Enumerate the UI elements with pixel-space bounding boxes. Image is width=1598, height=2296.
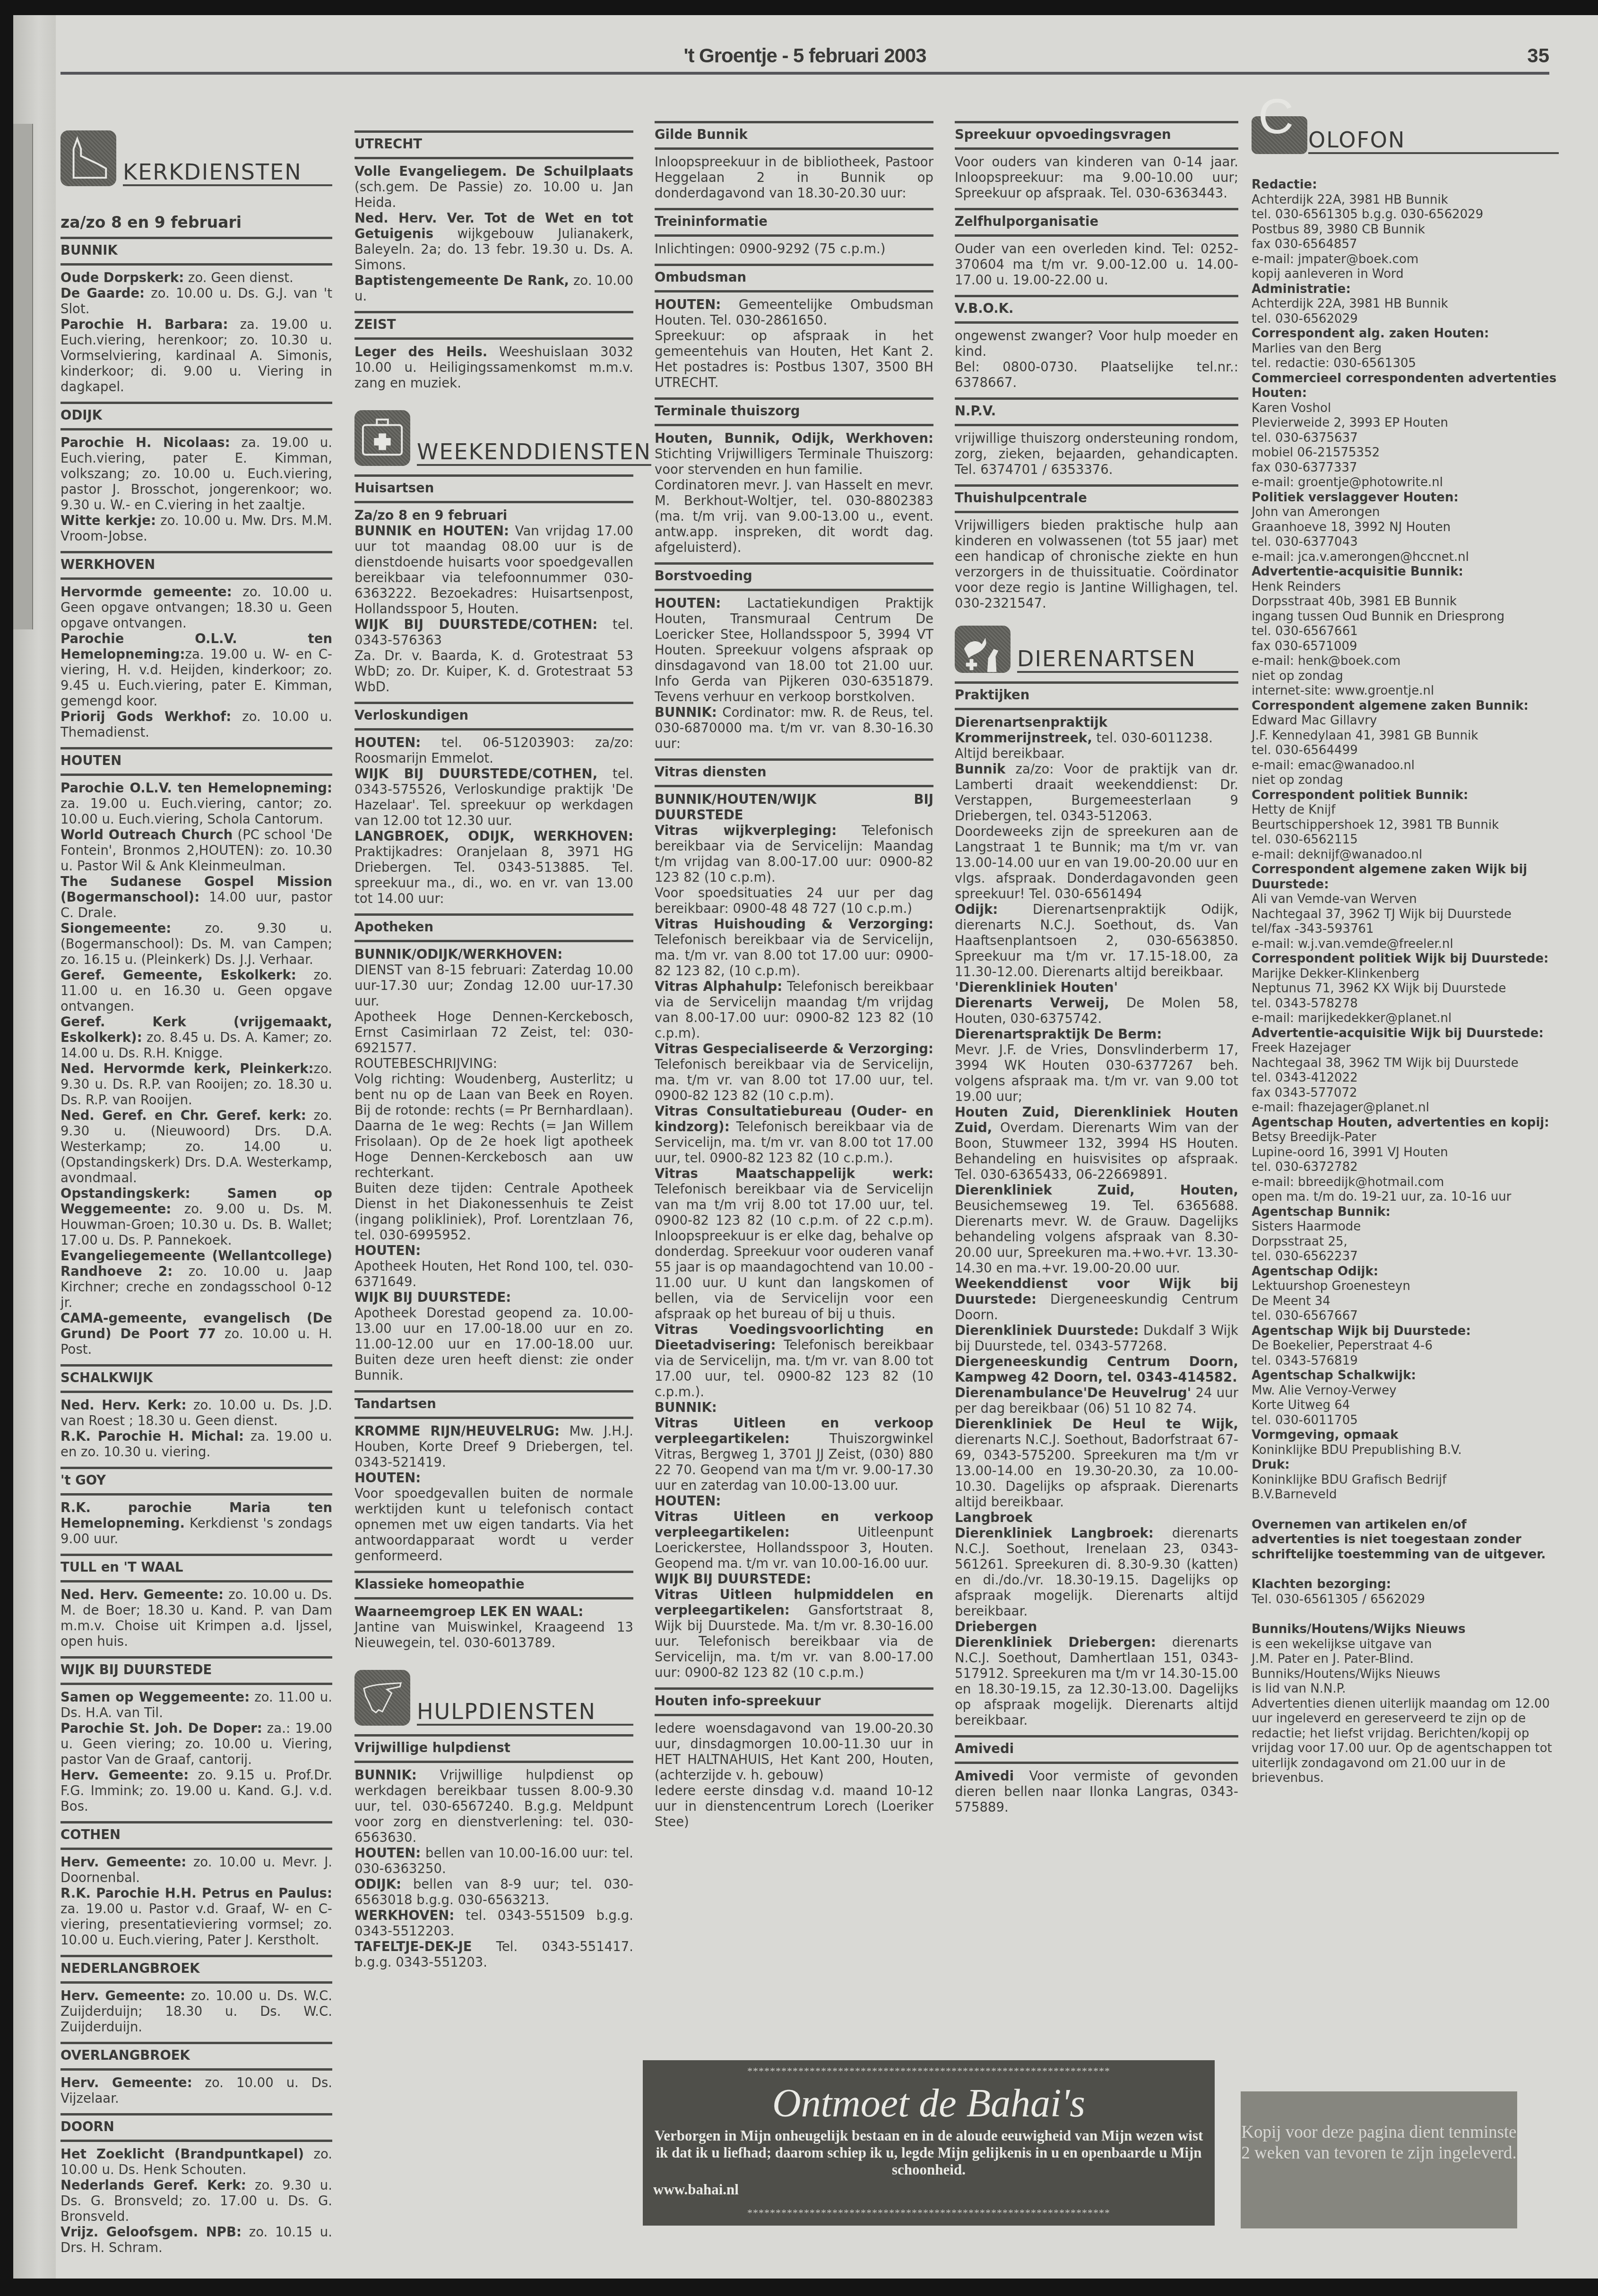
block-title: BUNNIK [60, 237, 332, 266]
list-entry: Parochie H. Nicolaas: za. 19.00 u. Euch.… [60, 435, 332, 513]
list-entry: Apotheek Hoge Dennen-Kerckebosch, Ernst … [354, 1009, 633, 1056]
entry-label: WERKHOVEN: [354, 1908, 454, 1923]
colofon-line: tel. 030-6372782 [1252, 1160, 1559, 1175]
block-title: NEDERLANGBROEK [60, 1955, 332, 1984]
ad-text: Verborgen in Mijn onheugelijk bestaan en… [643, 2127, 1215, 2178]
list-entry: Priorij Gods Werkhof: zo. 10.00 u. Thema… [60, 709, 332, 740]
section-header-weekenddiensten: WEEKENDDIENSTEN [354, 410, 633, 466]
entry-text: Voor ouders van kinderen van 0-14 jaar. … [955, 155, 1238, 201]
colofon-line: Lupine-oord 16, 3991 VJ Houten [1252, 1145, 1559, 1161]
list-entry: ODIJK: bellen van 8-9 uur; tel. 030-6563… [354, 1877, 633, 1908]
block-title: Vrijwillige hulpdienst [354, 1734, 633, 1763]
entry-text: Altijd bereikbaar. [955, 746, 1065, 761]
block-title: Huisartsen [354, 474, 633, 503]
entry-label: Vitras Gespecialiseerde & Verzorging: [655, 1041, 933, 1057]
entry-label: Parochie H. Barbara: [60, 317, 228, 332]
entry-label: Diergeneeskundig Centrum Doorn, Kampweg … [955, 1354, 1238, 1385]
colofon-line: Dorpsstraat 25, [1252, 1235, 1559, 1250]
entry-label: Herv. Gemeente: [60, 1768, 189, 1783]
colofon-line: e-mail: emac@wanadoo.nl [1252, 758, 1559, 774]
spacer [1252, 1503, 1559, 1518]
kopij-notice-text: Kopij voor deze pagina dient tenminste 2… [1241, 2123, 1517, 2163]
colofon-line: Advertenties dienen uiterlijk maandag om… [1252, 1697, 1559, 1786]
colofon-line: tel. 030-6561305 b.g.g. 030-6562029 [1252, 207, 1559, 223]
block-title: Klassieke homeopathie [354, 1571, 633, 1599]
entry-text: tel. 030-6011238. [1092, 731, 1213, 746]
colofon-line: tel. 030-6377043 [1252, 535, 1559, 550]
colofon-line: J.F. Kennedylaan 41, 3981 GB Bunnik [1252, 729, 1559, 744]
block-title: TULL en 'T WAAL [60, 1554, 332, 1582]
entry-text: Telefonisch bereikbaar via de Servicelij… [655, 1057, 933, 1103]
colofon-line: tel. 030-6562029 [1252, 312, 1559, 327]
cat-dog-cross-icon [955, 626, 1011, 673]
church-icon [60, 130, 116, 186]
entry-label: Dierenartspraktijk De Berm: [955, 1027, 1162, 1042]
block-title: ZEIST [354, 311, 633, 340]
list-entry: BUNNIK: [655, 1400, 933, 1416]
entry-label: Za/zo 8 en 9 februari [354, 508, 507, 523]
entry-text: Telefonisch bereikbaar via de Servicelij… [655, 932, 933, 979]
entry-label: Herv. Gemeente: [60, 1855, 186, 1870]
block-title: V.B.O.K. [955, 295, 1238, 324]
list-entry: Vrijwilligers bieden praktische hulp aan… [955, 518, 1238, 611]
entry-label: Ned. Herv. Kerk: [60, 1398, 186, 1413]
colofon-line: Betsy Breedijk-Pater [1252, 1130, 1559, 1145]
block-title: Thuishulpcentrale [955, 484, 1238, 513]
colofon-line: tel. redactie: 030-6561305 [1252, 356, 1559, 371]
colofon-line: tel. 030-6567667 [1252, 1309, 1559, 1324]
list-entry: Parochie St. Joh. De Doper: za.: 19.00 u… [60, 1721, 332, 1768]
colofon-line: De Boekelier, Peperstraat 4-6 [1252, 1339, 1559, 1354]
list-entry: Vitras Alphahulp: Telefonisch bereikbaar… [655, 979, 933, 1041]
list-entry: Dierenartsenpraktijk Krommerijnstreek, t… [955, 715, 1238, 746]
list-entry: Doordeweeks zijn de spreekuren aan de La… [955, 824, 1238, 902]
section-header-kerkdiensten: KERKDIENSTEN [60, 130, 332, 186]
entry-label: Nederlands Geref. Kerk: [60, 2178, 246, 2193]
colofon-line: e-mail: groentje@photowrite.nl [1252, 475, 1559, 490]
section-title: HULPDIENSTEN [417, 1699, 633, 1726]
entry-label: Volle Evangeliegem. De Schuilplaats [354, 164, 633, 179]
block-title: Houten info-spreekuur [655, 1687, 933, 1716]
ad-border-stars: ****************************************… [643, 2207, 1215, 2219]
section-title: DIERENARTSEN [1017, 646, 1238, 673]
section-header-colofon: C OLOFON [1252, 116, 1559, 154]
colofon-line: Koninklijke BDU Grafisch Bedrijf [1252, 1473, 1559, 1488]
entry-label: Priorij Gods Werkhof: [60, 709, 231, 724]
list-entry: Dierenkliniek Duurstede: Dukdalf 3 Wijk … [955, 1323, 1238, 1354]
block-title: COTHEN [60, 1821, 332, 1850]
list-entry: CAMA-gemeente, evangelisch (De Grund) De… [60, 1311, 332, 1358]
entry-text: Spreekuur: op afspraak in het gemeentehu… [655, 328, 933, 390]
entry-label: Hervormde gemeente: [60, 585, 232, 600]
entry-text: Ouder van een overleden kind. Tel: 0252-… [955, 241, 1238, 288]
block-title: Ombudsman [655, 264, 933, 292]
colofon-line: tel. 030-6375637 [1252, 431, 1559, 446]
church-list-part-1: BUNNIKOude Dorpskerk: zo. Geen dienst.De… [60, 237, 332, 2256]
list-entry: Houten Zuid, Dierenkliniek Houten Zuid, … [955, 1105, 1238, 1183]
page-number: 35 [1527, 44, 1549, 67]
entry-label: Dierenambulance'De Heuvelrug' [955, 1385, 1191, 1401]
colofon-line: Korte Uitweg 64 [1252, 1398, 1559, 1413]
list-entry: HOUTEN: [354, 1243, 633, 1259]
entry-label: 'Dierenkliniek Houten' [955, 980, 1118, 995]
entry-text: (sch.gem. De Passie) zo. 10.00 u. Jan He… [354, 180, 633, 210]
list-entry: HOUTEN: tel. 06-51203903: za/zo: Roosmar… [354, 735, 633, 766]
entry-label: Dierenarts Verweij, [955, 996, 1109, 1011]
colofon-label: Vormgeving, opmaak [1252, 1428, 1559, 1443]
entry-text: Bel: 0800-0730. Plaatselijke tel.nr.: 63… [955, 360, 1238, 390]
colofon-label: Agentschap Bunnik: [1252, 1205, 1559, 1220]
column-colofon: C OLOFON Redactie:Achterdijk 22A, 3981 H… [1252, 110, 1559, 1786]
section-header-hulpdiensten: HULPDIENSTEN [354, 1670, 633, 1726]
list-entry: Voor spoedsituaties 24 uur per dag berei… [655, 886, 933, 917]
entry-text: Voor spoedgevallen buiten de normale wer… [354, 1486, 633, 1564]
list-entry: Dierenkliniek De Heul te Wijk, dierenart… [955, 1417, 1238, 1510]
list-entry: Vitras Gespecialiseerde & Verzorging: Te… [655, 1041, 933, 1104]
colofon-label: Klachten bezorging: [1252, 1577, 1559, 1592]
entry-label: BUNNIK/ODIJK/WERKHOVEN: [354, 947, 562, 962]
list-entry: Vitras Uitleen hulpmiddelen en verpleega… [655, 1587, 933, 1681]
list-entry: WIJK BIJ DUURSTEDE: [655, 1572, 933, 1587]
list-entry: BUNNIK/ODIJK/WERKHOVEN: [354, 947, 633, 963]
entry-text: Mevr. J.F. de Vries, Donsvlinderberm 17,… [955, 1042, 1238, 1104]
block-title: OVERLANGBROEK [60, 2042, 332, 2071]
list-entry: Dierenartspraktijk De Berm: [955, 1027, 1238, 1042]
column-3: Gilde BunnikInloopspreekuur in de biblio… [655, 114, 933, 1830]
column-1: KERKDIENSTEN za/zo 8 en 9 februari BUNNI… [60, 124, 332, 2256]
entry-text: zo. Geen dienst. [184, 270, 294, 285]
entry-label: De Gaarde: [60, 286, 145, 301]
block-title: Terminale thuiszorg [655, 397, 933, 426]
entry-label: Dierenkliniek Duurstede: [955, 1323, 1139, 1338]
list-entry: vrijwillige thuiszorg ondersteuning rond… [955, 431, 1238, 478]
list-entry: Inlichtingen: 0900-9292 (75 c.p.m.) [655, 241, 933, 257]
colofon-line: Nachtegaal 37, 3962 TJ Wijk bij Duursted… [1252, 907, 1559, 922]
entry-label: BUNNIK en HOUTEN: [354, 524, 509, 539]
list-entry: Vitras wijkverpleging: Telefonisch berei… [655, 823, 933, 886]
entry-label: ODIJK: [354, 1877, 401, 1892]
entry-label: Parochie St. Joh. De Doper: [60, 1721, 262, 1736]
church-list-part-2: UTRECHTVolle Evangeliegem. De Schuilplaa… [354, 130, 633, 391]
list-entry: ongewenst zwanger? Voor hulp moeder en k… [955, 328, 1238, 360]
list-entry: Vitras Voedingsvoorlichting en Dieetadvi… [655, 1322, 933, 1400]
colofon-label: Advertentie-acquisitie Bunnik: [1252, 565, 1559, 580]
hand-icon [354, 1670, 410, 1726]
colofon-label: Druk: [1252, 1458, 1559, 1473]
colofon-label: Agentschap Odijk: [1252, 1264, 1559, 1280]
colofon-line: John van Amerongen [1252, 505, 1559, 520]
colofon-line: Edward Mac Gillavry [1252, 714, 1559, 729]
entry-label: Vitras wijkverpleging: [655, 823, 837, 838]
colofon-label: Agentschap Houten, advertenties en kopij… [1252, 1116, 1559, 1131]
date-heading: za/zo 8 en 9 februari [60, 215, 332, 230]
entry-label: Odijk: [955, 902, 998, 917]
colofon-line: Tel. 030-6561305 / 6562029 [1252, 1592, 1559, 1608]
list-entry: Voor ouders van kinderen van 0-14 jaar. … [955, 155, 1238, 201]
list-entry: Apotheek Dorestad geopend za. 10.00-13.0… [354, 1306, 633, 1384]
colofon-line: Dorpsstraat 40b, 3981 EB Bunnik [1252, 594, 1559, 610]
colofon-line: Lektuurshop Groenesteyn [1252, 1279, 1559, 1294]
colofon-line: tel. 030-6562237 [1252, 1249, 1559, 1264]
block-title: Verloskundigen [354, 702, 633, 731]
list-entry: Weekenddienst voor Wijk bij Duurstede: D… [955, 1276, 1238, 1323]
colofon-label: Redactie: [1252, 178, 1559, 193]
list-entry: Vrijz. Geloofsgem. NPB: zo. 10.15 u. Drs… [60, 2225, 332, 2256]
colofon-line: Mw. Alie Vernoy-Verwey [1252, 1384, 1559, 1399]
entry-label: Vitras Alphahulp: [655, 979, 782, 994]
entry-label: WIJK BIJ DUURSTEDE: [655, 1572, 811, 1587]
entry-label: Dierenkliniek Langbroek: [955, 1526, 1154, 1541]
block-title: UTRECHT [354, 130, 633, 159]
colofon-line: Sisters Haarmode [1252, 1220, 1559, 1235]
colofon-line: kopij aanleveren in Word [1252, 267, 1559, 282]
entry-text: Cordinatoren mevr. J. van Hasselt en mev… [655, 478, 933, 555]
colofon-line: e-mail: bbreedijk@hotmail.com [1252, 1175, 1559, 1190]
list-entry: Bel: 0800-0730. Plaatselijke tel.nr.: 63… [955, 360, 1238, 391]
entry-label: Herv. Gemeente: [60, 2075, 192, 2090]
kopij-notice-box: Kopij voor deze pagina dient tenminste 2… [1241, 2091, 1517, 2228]
block-title: HOUTEN [60, 747, 332, 776]
bahai-advertisement: ****************************************… [643, 2060, 1215, 2226]
entry-label: Dierenartsenpraktijk Krommerijnstreek, [955, 715, 1107, 746]
colofon-line: e-mail: w.j.van.vemde@freeler.nl [1252, 937, 1559, 952]
block-title: DOORN [60, 2113, 332, 2142]
colofon-line: tel. 030-6564499 [1252, 743, 1559, 758]
entry-label: BUNNIK/HOUTEN/WIJK BIJ DUURSTEDE [655, 792, 933, 823]
entry-text: ongewenst zwanger? Voor hulp moeder en k… [955, 328, 1238, 359]
block-title: 't GOY [60, 1467, 332, 1496]
colofon-line: B.V.Barneveld [1252, 1488, 1559, 1503]
entry-text: Beusichemseweg 19. Tel. 6365688. Dierena… [955, 1198, 1238, 1276]
entry-label: HOUTEN: [354, 1243, 421, 1258]
colofon-line: Karen Voshol [1252, 401, 1559, 416]
entry-label: HOUTEN: [655, 1494, 721, 1509]
colofon-line: fax 030-6377337 [1252, 461, 1559, 476]
colofon-line: De Meent 34 [1252, 1294, 1559, 1309]
colofon-line: tel. 0343-578278 [1252, 997, 1559, 1012]
block-title: Apotheken [354, 913, 633, 942]
entry-label: Samen op Weggemeente: [60, 1690, 250, 1705]
entry-label: HOUTEN: [655, 297, 721, 312]
colofon-label: Administratie: [1252, 282, 1559, 297]
entry-label: Leger des Heils. [354, 344, 487, 360]
colofon-line: is een wekelijkse uitgave van [1252, 1637, 1559, 1652]
list-entry: Herv. Gemeente: zo. 10.00 u. Ds. W.C. Zu… [60, 1988, 332, 2035]
colofon-line: Koninklijke BDU Prepublishing B.V. [1252, 1443, 1559, 1458]
colofon-label: Correspondent algemene zaken Wijk bij Du… [1252, 862, 1559, 892]
block-title: Tandartsen [354, 1390, 633, 1419]
entry-label: Ned. Geref. en Chr. Geref. kerk: [60, 1108, 306, 1123]
hulpdiensten-part-3: Spreekuur opvoedingsvragenVoor ouders va… [955, 121, 1238, 611]
colofon-line: Bunniks/Houtens/Wijks Nieuws [1252, 1667, 1559, 1682]
hulpdiensten-part-2: Gilde BunnikInloopspreekuur in de biblio… [655, 121, 933, 1830]
list-entry: WERKHOVEN: tel. 0343-551509 b.g.g. 0343-… [354, 1908, 633, 1939]
entry-label: Langbroek [955, 1510, 1032, 1525]
list-entry: Opstandingskerk: Samen op Weggemeente: z… [60, 1186, 332, 1248]
list-entry: World Outreach Church (PC school 'De Fon… [60, 827, 332, 874]
colofon-line: e-mail: marijkedekker@planet.nl [1252, 1011, 1559, 1026]
entry-text: Za. Dr. v. Baarda, K. d. Grotestraat 53 … [354, 648, 633, 695]
list-entry: Baptistengemeente De Rank, zo. 10.00 u. [354, 273, 633, 304]
list-entry: Herv. Gemeente: zo. 9.15 u. Prof.Dr. F.G… [60, 1768, 332, 1814]
list-entry: Houten, Bunnik, Odijk, Werkhoven: Sticht… [655, 431, 933, 478]
list-entry: Buiten deze tijden: Centrale Apotheek Di… [354, 1181, 633, 1243]
list-entry: WIJK BIJ DUURSTEDE: [354, 1290, 633, 1306]
colofon-line: Freek Hazejager [1252, 1041, 1559, 1056]
list-entry: Oude Dorpskerk: zo. Geen dienst. [60, 270, 332, 286]
list-entry: Geref. Kerk (vrijgemaakt, Eskolkerk): zo… [60, 1015, 332, 1061]
column-4: Spreekuur opvoedingsvragenVoor ouders va… [955, 114, 1238, 1815]
list-entry: HOUTEN: Gemeentelijke Ombudsman Houten. … [655, 297, 933, 328]
entry-label: BUNNIK: [354, 1768, 417, 1783]
colofon-line: tel. 0343-412022 [1252, 1071, 1559, 1086]
colofon-line: Nachtegaal 38, 3962 TM Wijk bij Duursted… [1252, 1056, 1559, 1071]
colofon-line: e-mail: jmpater@boek.com [1252, 252, 1559, 267]
list-entry: Jantine van Muiswinkel, Kraageend 13 Nie… [354, 1620, 633, 1651]
entry-label: Vrijz. Geloofsgem. NPB: [60, 2225, 242, 2240]
entry-label: R.K. Parochie H. Michal: [60, 1429, 244, 1444]
list-entry: Apotheek Houten, Het Rond 100, tel. 030-… [354, 1259, 633, 1290]
page-title: 't Groentje - 5 februari 2003 [60, 44, 1549, 67]
entry-text: Stichting Vrijwilligers Terminale Thuisz… [655, 447, 933, 477]
colofon-line: Marlies van den Berg [1252, 342, 1559, 357]
entry-label: HOUTEN: [354, 1470, 421, 1486]
colofon-line: fax 030-6571009 [1252, 639, 1559, 654]
entry-text: DIENST van 8-15 februari: Zaterdag 10.00… [354, 963, 633, 1009]
colofon-line: is lid van N.N.P. [1252, 1682, 1559, 1697]
colofon-line: niet op zondag [1252, 773, 1559, 788]
colofon-line: tel. 030-6562115 [1252, 833, 1559, 848]
list-entry: Leger des Heils. Weeshuislaan 3032 10.00… [354, 344, 633, 391]
colofon-line: e-mail: henk@boek.com [1252, 654, 1559, 669]
entry-label: Parochie H. Nicolaas: [60, 435, 230, 450]
colofon-label: Overnemen van artikelen en/of advertenti… [1252, 1518, 1559, 1563]
block-title: Gilde Bunnik [655, 121, 933, 150]
list-entry: Dierenambulance'De Heuvelrug' 24 uur per… [955, 1385, 1238, 1417]
list-entry: LANGBROEK, ODIJK, WERKHOVEN: Praktijkadr… [354, 829, 633, 907]
entry-text: za. 19.00 u. Pastor v.d. Graaf, W- en C-… [60, 1901, 332, 1948]
list-entry: Dierenkliniek Zuid, Houten, Beusichemsew… [955, 1183, 1238, 1276]
colofon-line: ingang tussen Oud Bunnik en Driesprong [1252, 610, 1559, 625]
entry-label: Ned. Hervormde kerk, Pleinkerk: [60, 1061, 313, 1076]
list-entry: Volg richting: Woudenberg, Austerlitz; u… [354, 1072, 633, 1181]
entry-label: Dierenkliniek De Heul te Wijk, [955, 1417, 1238, 1432]
colofon-line: Achterdijk 22A, 3981 HB Bunnik [1252, 297, 1559, 312]
colofon-line: Graanhoeve 18, 3992 NJ Houten [1252, 520, 1559, 535]
list-entry: Evangeliegemeente (Wellantcollege) Randh… [60, 1248, 332, 1311]
colofon-line: Plevierweide 2, 3993 EP Houten [1252, 416, 1559, 431]
entry-text: Apotheek Houten, Het Rond 100, tel. 030-… [354, 1259, 633, 1290]
colofon-line: Ali van Vemde-van Werven [1252, 892, 1559, 907]
list-entry: Parochie O.L.V. ten Hemelopneming: za. 1… [60, 781, 332, 827]
entry-text: vrijwillige thuiszorg ondersteuning rond… [955, 431, 1238, 477]
colofon-line: e-mail: deknijf@wanadoo.nl [1252, 848, 1559, 863]
list-entry: Amivedi Voor vermiste of gevonden dieren… [955, 1769, 1238, 1815]
list-entry: Inloopspreekuur in de bibliotheek, Pasto… [655, 155, 933, 201]
list-entry: Vitras Huishouding & Verzorging: Telefon… [655, 917, 933, 979]
list-entry: HOUTEN: [655, 1494, 933, 1509]
list-entry: Ned. Herv. Gemeente: zo. 10.00 u. Ds. M.… [60, 1587, 332, 1650]
entry-label: HOUTEN: [354, 735, 421, 750]
list-entry: DIENST van 8-15 februari: Zaterdag 10.00… [354, 963, 633, 1009]
list-entry: Odijk: Dierenartsenpraktijk Odijk, diere… [955, 902, 1238, 980]
list-entry: BUNNIK: Cordinator: mw. R. de Reus, tel.… [655, 705, 933, 752]
section-title: KERKDIENSTEN [123, 160, 332, 186]
block-title: Borstvoeding [655, 562, 933, 591]
block-title: Praktijken [955, 681, 1238, 710]
ad-url-link[interactable]: www.bahai.nl [643, 2181, 1215, 2198]
colofon-label: Correspondent alg. zaken Houten: [1252, 327, 1559, 342]
colofon-line: mobiel 06-21575352 [1252, 446, 1559, 461]
colofon-line: internet-site: www.groentje.nl [1252, 684, 1559, 699]
weekenddiensten-blocks: HuisartsenZa/zo 8 en 9 februariBUNNIK en… [354, 474, 633, 1651]
section-title: WEEKENDDIENSTEN [417, 439, 651, 466]
entry-text: Praktijkadres: Oranjelaan 8, 3971 HG Dri… [354, 844, 633, 906]
colofon-label: Correspondent algemene zaken Bunnik: [1252, 699, 1559, 714]
list-entry: Vitras Consultatiebureau (Ouder- en kind… [655, 1104, 933, 1166]
entry-label: TAFELTJE-DEK-JE [354, 1939, 472, 1954]
list-entry: R.K. parochie Maria ten Hemelopneming. K… [60, 1500, 332, 1547]
entry-label: WIJK BIJ DUURSTEDE/COTHEN: [354, 617, 597, 632]
entry-label: Oude Dorpskerk: [60, 270, 184, 285]
entry-label: Siongemeente: [60, 921, 171, 936]
entry-label: Herv. Gemeente: [60, 1988, 185, 2004]
entry-text: Jantine van Muiswinkel, Kraageend 13 Nie… [354, 1620, 633, 1651]
list-entry: Altijd bereikbaar. [955, 746, 1238, 762]
colofon-line: Hetty de Knijf [1252, 803, 1559, 818]
entry-label: Waarneemgroep LEK EN WAAL: [354, 1604, 583, 1619]
list-entry: Vitras Uitleen en verkoop verpleegartike… [655, 1416, 933, 1494]
list-entry: Herv. Gemeente: zo. 10.00 u. Ds. Vijzela… [60, 2075, 332, 2107]
colofon-line: e-mail: fhazejager@planet.nl [1252, 1101, 1559, 1116]
list-entry: Parochie H. Barbara: za. 19.00 u. Euch.v… [60, 317, 332, 395]
colofon-line: Postbus 89, 3980 CB Bunnik [1252, 223, 1559, 238]
entry-label: HOUTEN: [655, 596, 721, 611]
list-entry: Hervormde gemeente: zo. 10.00 u. Geen op… [60, 585, 332, 631]
list-entry: Het Zoeklicht (Brandpuntkapel) zo. 10.00… [60, 2147, 332, 2178]
colofon-label: Agentschap Wijk bij Duurstede: [1252, 1324, 1559, 1339]
list-entry: Ned. Herv. Kerk: zo. 10.00 u. Ds. J.D. v… [60, 1398, 332, 1429]
list-entry: Dierenarts Verweij, De Molen 58, Houten,… [955, 996, 1238, 1027]
colofon-line: tel. 030-6011705 [1252, 1413, 1559, 1428]
colofon-line: Marijke Dekker-Klinkenberg [1252, 967, 1559, 982]
entry-label: LANGBROEK, ODIJK, WERKHOVEN: [354, 829, 633, 844]
list-entry: Dierenkliniek Driebergen: dierenarts N.C… [955, 1635, 1238, 1728]
entry-text: Apotheek Dorestad geopend za. 10.00-13.0… [354, 1306, 633, 1383]
list-entry: R.K. Parochie H.H. Petrus en Paulus: za.… [60, 1886, 332, 1948]
entry-text: Iedere eerste dinsdag v.d. maand 10-12 u… [655, 1783, 933, 1830]
newspaper-page: 't Groentje - 5 februari 2003 35 KERKDIE… [13, 15, 1598, 2279]
block-title: Vitras diensten [655, 758, 933, 787]
colofon-line: niet op zondag [1252, 669, 1559, 684]
colofon-line: tel. 0343-576819 [1252, 1354, 1559, 1369]
colofon-line: fax 0343-577072 [1252, 1086, 1559, 1101]
entry-label: World Outreach Church [60, 827, 233, 843]
colofon-line: open ma. t/m do. 19-21 uur, za. 10-16 uu… [1252, 1190, 1559, 1205]
list-entry: Nederlands Geref. Kerk: zo. 9.30 u. Ds. … [60, 2178, 332, 2225]
first-aid-kit-icon [354, 410, 410, 466]
list-entry: Siongemeente: zo. 9.30 u. (Bogermanschoo… [60, 921, 332, 968]
entry-text: Inlichtingen: 0900-9292 (75 c.p.m.) [655, 241, 885, 257]
hulpdiensten-part-1: Vrijwillige hulpdienstBUNNIK: Vrijwillig… [354, 1734, 633, 1970]
entry-text: Vrijwilligers bieden praktische hulp aan… [955, 518, 1238, 611]
entry-text: Buiten deze tijden: Centrale Apotheek Di… [354, 1181, 633, 1243]
dierenartsen-blocks: PraktijkenDierenartsenpraktijk Krommerij… [955, 681, 1238, 1815]
entry-text: Apotheek Hoge Dennen-Kerckebosch, Ernst … [354, 1009, 633, 1056]
list-entry: De Gaarde: zo. 10.00 u. Ds. G.J. van 't … [60, 286, 332, 317]
list-entry: Mevr. J.F. de Vries, Donsvlinderberm 17,… [955, 1042, 1238, 1105]
list-entry: Dierenkliniek Langbroek: dierenarts N.C.… [955, 1526, 1238, 1619]
